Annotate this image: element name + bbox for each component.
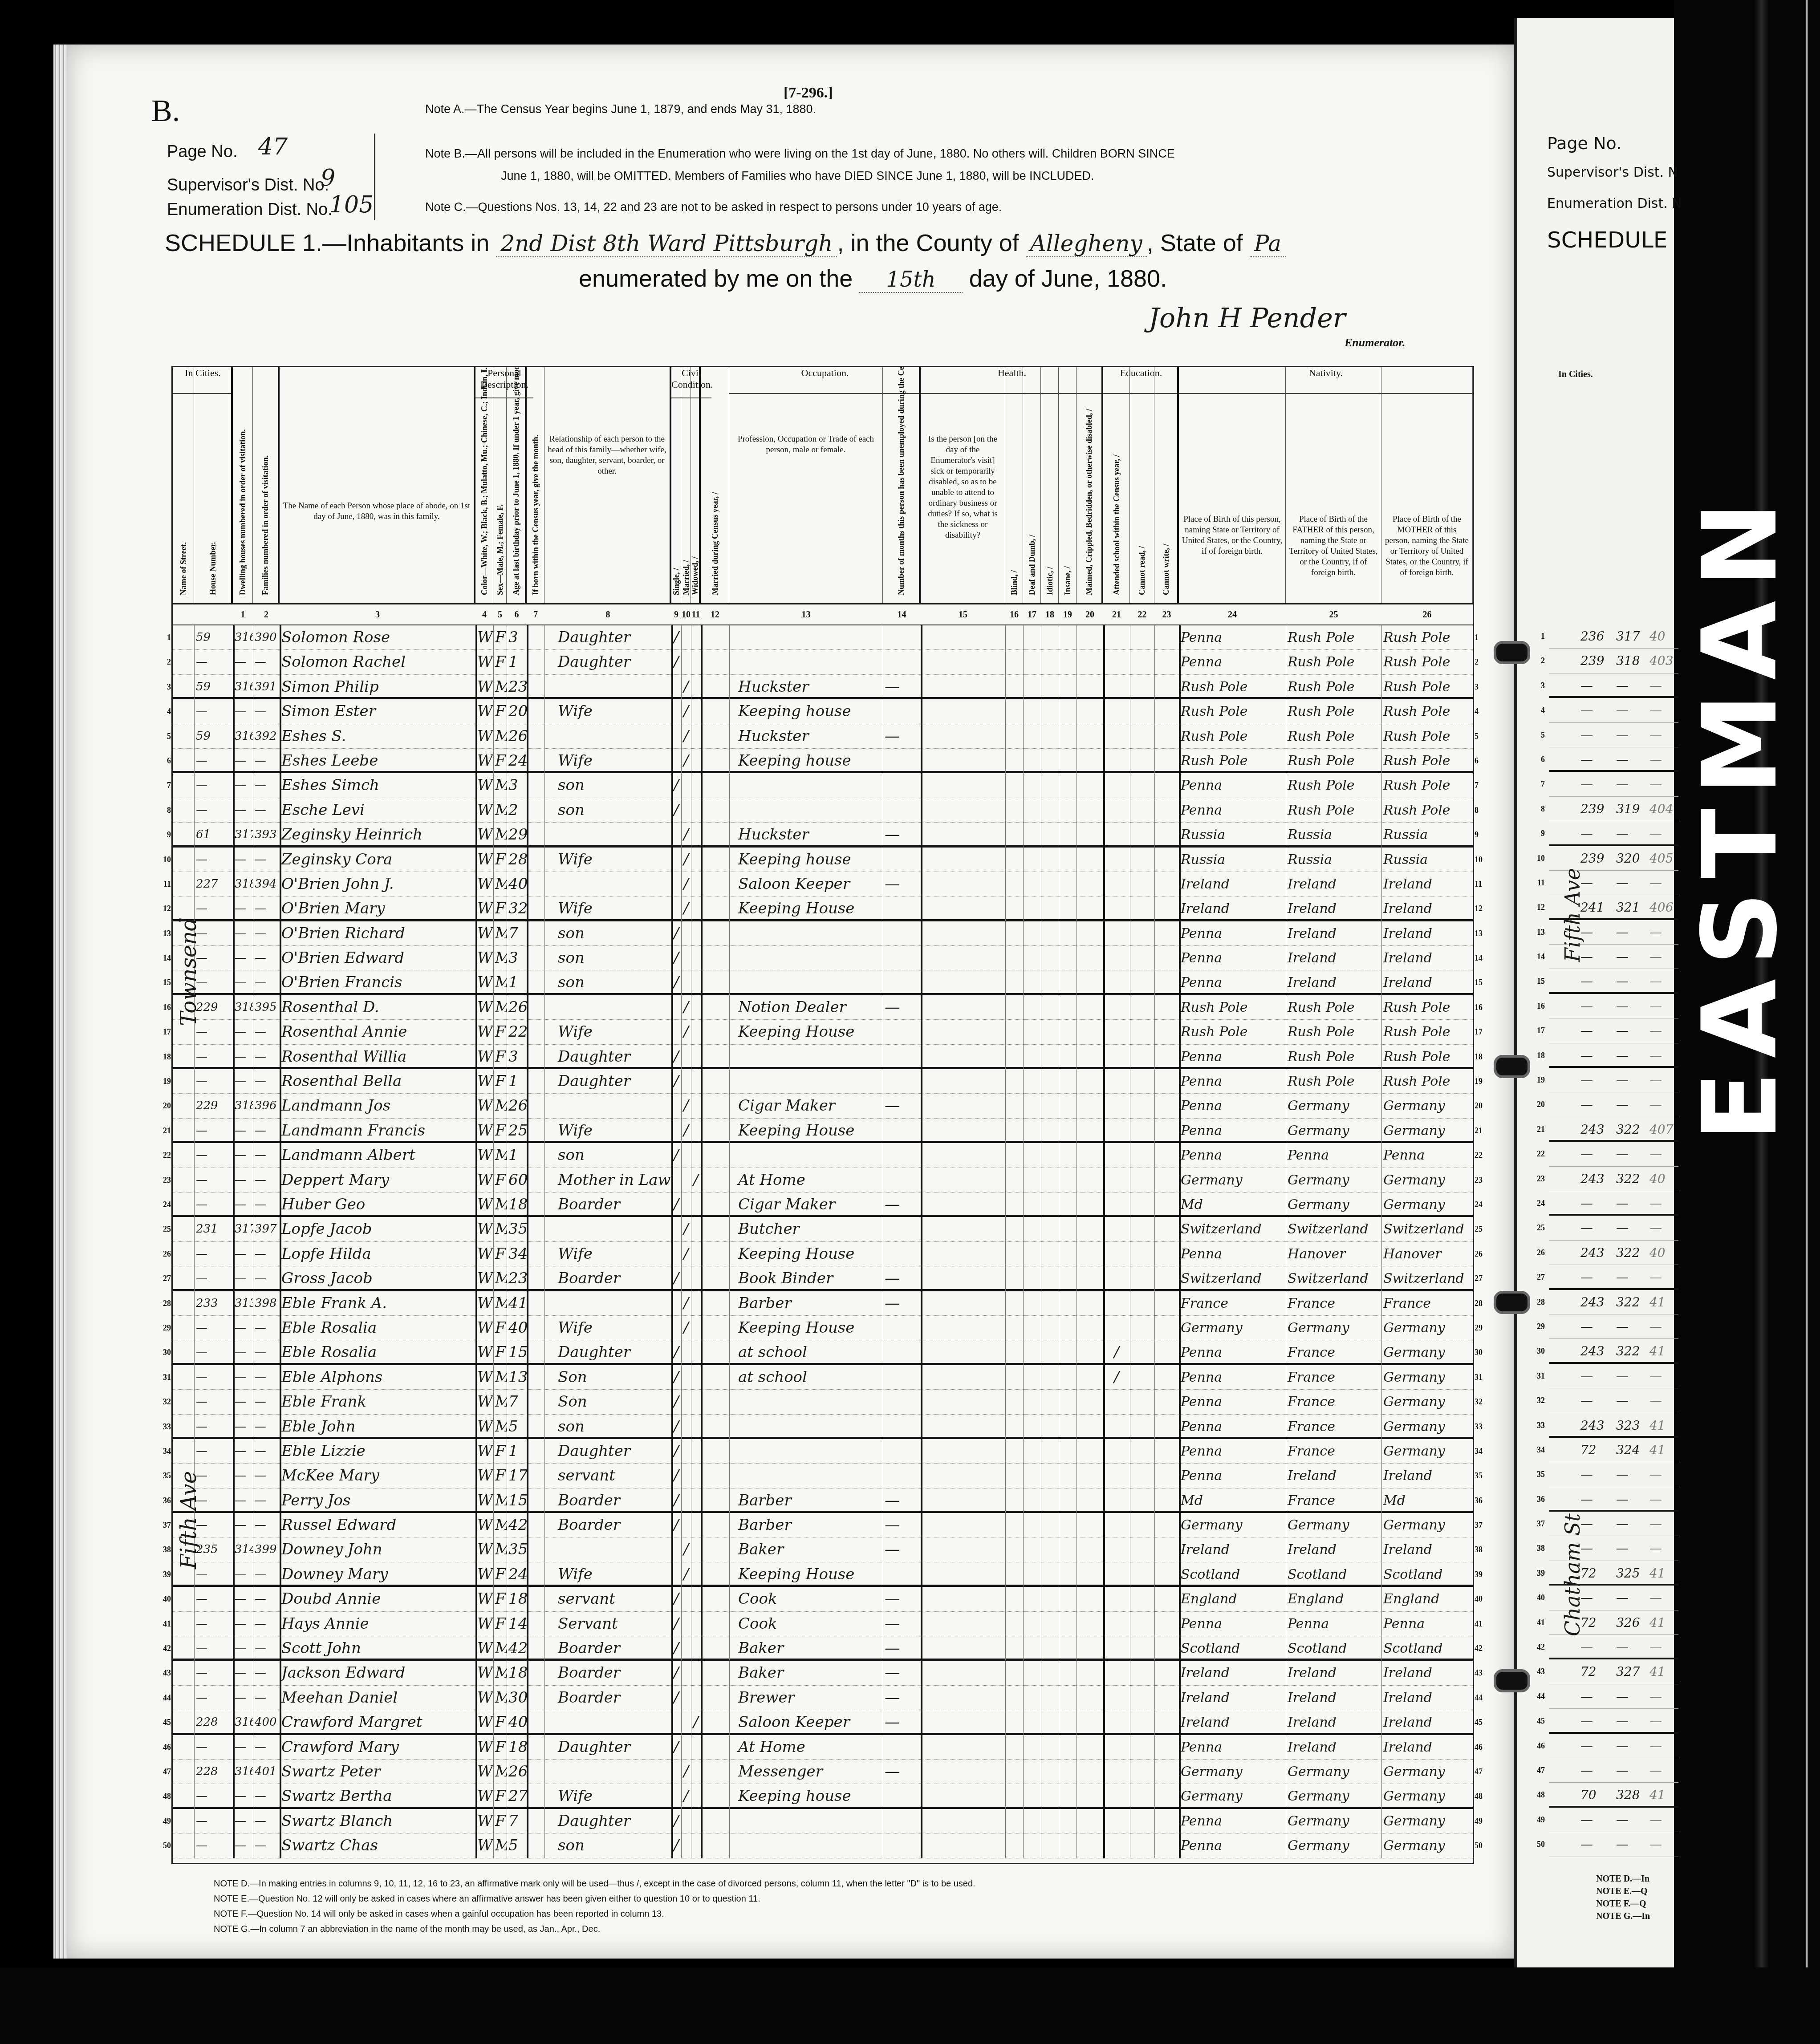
cell-name: Simon Philip (280, 675, 475, 697)
cell-house: 59 (194, 724, 233, 748)
row-number-right: 35 (1475, 1464, 1491, 1488)
cell-rel: son (544, 946, 671, 970)
adjacent-cell-fam: 41 (1649, 1413, 1676, 1438)
column-number: 19 (1059, 603, 1077, 625)
cell-house: — (194, 650, 233, 674)
adjacent-cell-house: — (1580, 1808, 1616, 1832)
cell-rel: Wife (544, 1242, 671, 1266)
cell-unemp (883, 1833, 921, 1857)
column-header-label: Families numbered in order of visitation… (261, 455, 270, 595)
cell-fam: 391 (253, 675, 280, 697)
cell-fam: — (253, 970, 280, 993)
adjacent-cell-dwell: — (1616, 1191, 1647, 1216)
adjacent-cell-n: 50 (1527, 1832, 1545, 1857)
adjacent-cell-dwell: 320 (1616, 846, 1647, 871)
adjacent-footnote: NOTE D.—In (1596, 1874, 1649, 1884)
adjacent-cell-dwell: — (1616, 673, 1647, 698)
column-divider (1154, 625, 1155, 1858)
cell-age: 40 (507, 1710, 527, 1732)
cell-house: 59 (194, 625, 233, 649)
row-number: 9 (155, 823, 171, 847)
adjacent-row: 36——— (1549, 1487, 1678, 1512)
row-number: 21 (155, 1119, 171, 1143)
cell-fpob: France (1286, 1390, 1381, 1414)
column-number: 20 (1077, 603, 1103, 625)
cell-dwell: — (233, 1833, 253, 1857)
cell-color: W (475, 1390, 493, 1414)
adjacent-cell-n: 9 (1527, 821, 1545, 846)
cell-age: 1 (507, 650, 527, 674)
cell-fpob: Germany (1286, 1833, 1381, 1857)
adjacent-cell-house: — (1580, 1314, 1616, 1339)
cell-rel: Boarder (544, 1192, 671, 1215)
adjacent-cell-house: — (1580, 1734, 1616, 1758)
cell-color: W (475, 970, 493, 993)
cell-rel: Boarder (544, 1686, 671, 1710)
adjacent-cell-fam: 41 (1649, 1610, 1676, 1635)
adjacent-cell-house: — (1580, 1758, 1616, 1783)
cell-fpob: France (1286, 1291, 1381, 1315)
column-number: 16 (1005, 603, 1023, 625)
cell-widowed (691, 1069, 701, 1093)
adjacent-cell-dwell: — (1616, 1734, 1647, 1758)
row-number-right: 23 (1475, 1168, 1491, 1192)
row-number: 48 (155, 1784, 171, 1809)
row-number: 35 (155, 1464, 171, 1488)
cell-dwell: — (233, 1661, 253, 1685)
cell-fpob: Germany (1286, 1809, 1381, 1833)
cell-unemp (883, 1069, 921, 1093)
column-header: Place of Birth of this person, naming St… (1179, 367, 1286, 603)
adjacent-cell-dwell: — (1616, 1586, 1647, 1610)
adjacent-cell-dwell: 318 (1616, 649, 1647, 673)
adjacent-cell-dwell: — (1616, 1388, 1647, 1413)
row-number: 15 (155, 970, 171, 995)
adjacent-cell-fam: — (1649, 1832, 1676, 1857)
cell-name: O'Brien Mary (280, 896, 475, 919)
column-header: If born within the Census year, give the… (527, 367, 544, 603)
cell-fpob: Germany (1286, 1513, 1381, 1537)
table-row: 5559316392Eshes S.WM26/Huckster—Rush Pol… (173, 724, 1473, 749)
column-divider (493, 625, 494, 1858)
adjacent-cell-house: — (1580, 1462, 1616, 1487)
cell-rel (544, 1760, 671, 1784)
adjacent-cell-n: 32 (1527, 1388, 1545, 1413)
cell-name: Eshes Simch (280, 773, 475, 797)
cell-name: Swartz Peter (280, 1760, 475, 1784)
cell-name: O'Brien John J. (280, 872, 475, 896)
cell-school (1103, 1291, 1130, 1315)
cell-rel: Daughter (544, 650, 671, 674)
cell-house: — (194, 1686, 233, 1710)
cell-fpob: Ireland (1286, 1686, 1381, 1710)
column-divider (1381, 625, 1382, 1858)
adjacent-cell-house: — (1580, 994, 1616, 1018)
adjacent-row: 49——— (1549, 1808, 1678, 1832)
row-number-right: 4 (1475, 699, 1491, 724)
cell-pob: Rush Pole (1179, 675, 1286, 697)
cell-married (681, 1661, 691, 1685)
adjacent-cell-fam: — (1649, 673, 1676, 698)
cell-color: W (475, 1266, 493, 1289)
cell-school (1103, 1587, 1130, 1611)
cell-color: W (475, 1537, 493, 1561)
cell-dwell: — (233, 1119, 253, 1141)
adjacent-row: 50——— (1549, 1832, 1678, 1857)
cell-pob: Penna (1179, 1119, 1286, 1141)
cell-color: W (475, 798, 493, 822)
cell-fpob: England (1286, 1587, 1381, 1611)
cell-school (1103, 798, 1130, 822)
row-number: 3 (155, 675, 171, 699)
adjacent-cell-dwell: — (1616, 1018, 1647, 1043)
cell-married (681, 1439, 691, 1463)
cell-widowed (691, 1513, 701, 1537)
cell-unemp (883, 970, 921, 993)
adjacent-street-annotation: Fifth Ave (1560, 868, 1584, 962)
cell-school (1103, 1020, 1130, 1044)
cell-color: W (475, 1562, 493, 1585)
cell-dwell: — (233, 848, 253, 872)
cell-house: — (194, 1735, 233, 1759)
cell-sex: F (493, 848, 507, 872)
cell-fpob: Rush Pole (1286, 675, 1381, 697)
row-number-right: 6 (1475, 749, 1491, 773)
adjacent-cell-fam: — (1649, 772, 1676, 796)
cell-color: W (475, 699, 493, 723)
cell-name: Eble Rosalia (280, 1340, 475, 1363)
cell-mpob: Ireland (1381, 1661, 1473, 1685)
cell-school (1103, 625, 1130, 649)
row-number-right: 17 (1475, 1020, 1491, 1044)
county-label: , in the County of (837, 230, 1019, 256)
cell-occ: At Home (729, 1168, 883, 1192)
cell-age: 5 (507, 1415, 527, 1437)
cell-married: / (681, 1316, 691, 1340)
table-row: 5050———Swartz ChasWM5son/PennaGermanyGer… (173, 1833, 1473, 1858)
cell-age: 3 (507, 625, 527, 649)
cell-dwell: — (233, 1316, 253, 1340)
adjacent-cell-house: — (1580, 1068, 1616, 1092)
column-number (194, 603, 233, 625)
table-row: 1919———Rosenthal BellaWF1Daughter/PennaR… (173, 1069, 1473, 1094)
adjacent-row: 24——— (1549, 1191, 1678, 1216)
cell-married: / (681, 724, 691, 748)
adjacent-cell-n: 27 (1527, 1265, 1545, 1290)
adjacent-row: 437232741 (1549, 1659, 1678, 1684)
cell-widowed (691, 823, 701, 845)
adjacent-row: 45——— (1549, 1709, 1678, 1733)
cell-rel: Wife (544, 699, 671, 723)
cell-rel (544, 823, 671, 845)
cell-fpob: Ireland (1286, 872, 1381, 896)
cell-widowed (691, 1809, 701, 1833)
row-number-right: 21 (1475, 1119, 1491, 1143)
cell-mpob: Rush Pole (1381, 650, 1473, 674)
cell-occ (729, 625, 883, 649)
adjacent-cell-dwell: — (1616, 1092, 1647, 1117)
cell-unemp (883, 1020, 921, 1044)
cell-rel: Wife (544, 749, 671, 771)
street-name-annotation: Fifth Ave (176, 1302, 201, 1569)
cell-rel: Wife (544, 1119, 671, 1141)
adjacent-cell-dwell: — (1616, 772, 1647, 796)
cell-sex: M (493, 995, 507, 1019)
cell-widowed (691, 946, 701, 970)
adjacent-row: 32——— (1549, 1388, 1678, 1413)
cell-occ: Cook (729, 1612, 883, 1636)
cell-fpob: Ireland (1286, 970, 1381, 993)
column-number: 1 (233, 603, 253, 625)
table-row: 1111227318394O'Brien John J.WM40/Saloon … (173, 872, 1473, 896)
note-b-cont: June 1, 1880, will be OMITTED. Members o… (501, 169, 1094, 183)
column-number: 13 (729, 603, 883, 625)
cell-occ: Book Binder (729, 1266, 883, 1289)
adjacent-cell-dwell: 324 (1616, 1438, 1647, 1462)
cell-fam: — (253, 1513, 280, 1537)
cell-dwell: — (233, 1439, 253, 1463)
cell-widowed (691, 1045, 701, 1067)
cell-unemp (883, 1316, 921, 1340)
adjacent-cell-n: 24 (1527, 1191, 1545, 1216)
adjacent-cell-fam: — (1649, 1462, 1676, 1487)
cell-name: Rosenthal Willia (280, 1045, 475, 1067)
cell-school: / (1103, 1365, 1130, 1389)
cell-dwell: — (233, 1809, 253, 1833)
cell-occ (729, 1439, 883, 1463)
row-number-right: 5 (1475, 724, 1491, 749)
adjacent-row: 29——— (1549, 1314, 1678, 1339)
cell-house: — (194, 1119, 233, 1141)
column-number: 18 (1041, 603, 1059, 625)
cell-name: Huber Geo (280, 1192, 475, 1215)
adjacent-cell-house: — (1580, 1536, 1616, 1561)
cell-fam: 400 (253, 1710, 280, 1732)
table-row: 77———Eshes SimchWM3son/PennaRush PoleRus… (173, 773, 1473, 798)
cell-color: W (475, 1020, 493, 1044)
cell-pob: Penna (1179, 970, 1286, 993)
cell-rel: servant (544, 1464, 671, 1488)
adjacent-cell-n: 14 (1527, 945, 1545, 969)
adjacent-cell-n: 23 (1527, 1167, 1545, 1191)
cell-rel: Mother in Law (544, 1168, 671, 1192)
cell-widowed (691, 1686, 701, 1710)
cell-age: 42 (507, 1636, 527, 1659)
cell-occ: Barber (729, 1291, 883, 1315)
column-header-label: Sex—Male, M.; Female, F. (495, 504, 504, 595)
cell-fam: — (253, 1784, 280, 1806)
county-value: Allegheny (1026, 231, 1147, 257)
cell-name: Swartz Blanch (280, 1809, 475, 1833)
cell-pob: Rush Pole (1179, 1020, 1286, 1044)
cell-occ (729, 1143, 883, 1167)
table-row: 3359316391Simon PhilipWM23/Huckster—Rush… (173, 675, 1473, 699)
row-number: 38 (155, 1537, 171, 1562)
adjacent-row: 8239319404 (1549, 797, 1678, 821)
adjacent-cell-fam: — (1649, 1487, 1676, 1512)
cell-color: W (475, 823, 493, 845)
cell-sex: M (493, 1266, 507, 1289)
column-number: 10 (681, 603, 691, 625)
cell-fpob: Germany (1286, 1094, 1381, 1118)
cell-widowed (691, 675, 701, 697)
cell-unemp (883, 1464, 921, 1488)
cell-fpob: Rush Pole (1286, 995, 1381, 1019)
column-number: 22 (1130, 603, 1154, 625)
table-row: 3535———McKee MaryWF17servant/PennaIrelan… (173, 1464, 1473, 1488)
adjacent-cell-house: — (1580, 821, 1616, 846)
adjacent-cell-n: 13 (1527, 920, 1545, 945)
table-row: 3030———Eble RosaliaWF15Daughter/at schoo… (173, 1340, 1473, 1365)
adjacent-cell-dwell: — (1616, 1314, 1647, 1339)
cell-age: 22 (507, 1020, 527, 1044)
adjacent-cell-n: 25 (1527, 1216, 1545, 1240)
cell-unemp (883, 798, 921, 822)
cell-fpob: Scotland (1286, 1562, 1381, 1585)
cell-widowed (691, 970, 701, 993)
row-number-right: 25 (1475, 1217, 1491, 1241)
cell-widowed (691, 1192, 701, 1215)
row-number: 18 (155, 1045, 171, 1069)
column-divider (280, 625, 281, 1858)
cell-fpob: Switzerland (1286, 1217, 1381, 1241)
cell-widowed (691, 1784, 701, 1806)
cell-dwell: — (233, 1735, 253, 1759)
adjacent-cell-house: — (1580, 1487, 1616, 1512)
adjacent-cell-dwell: 326 (1616, 1610, 1647, 1635)
column-divider (1059, 625, 1059, 1858)
table-row: 4343———Jackson EdwardWM18Boarder/Baker—I… (173, 1661, 1473, 1685)
cell-mpob: Germany (1381, 1833, 1473, 1857)
adjacent-row: 19——— (1549, 1068, 1678, 1092)
cell-color: W (475, 872, 493, 896)
column-divider (691, 625, 691, 1858)
cell-pob: Penna (1179, 1094, 1286, 1118)
adjacent-street-annotation: Chatham St (1560, 1513, 1584, 1636)
cell-color: W (475, 1488, 493, 1511)
adjacent-row: 5——— (1549, 723, 1678, 747)
table-row: 4444———Meehan DanielWM30Boarder/Brewer—I… (173, 1686, 1473, 1710)
cell-rel: son (544, 1415, 671, 1437)
adjacent-cell-fam: 405 (1649, 846, 1676, 871)
adjacent-cell-dwell: — (1616, 871, 1647, 895)
table-row: 3939———Downey MaryWF24Wife/Keeping House… (173, 1562, 1473, 1587)
cell-house: — (194, 1784, 233, 1806)
column-number: 23 (1154, 603, 1179, 625)
cell-fam: — (253, 848, 280, 872)
adjacent-cell-fam: — (1649, 1684, 1676, 1709)
cell-unemp: — (883, 1266, 921, 1289)
state-value: Pa (1250, 231, 1286, 257)
cell-age: 26 (507, 1094, 527, 1118)
column-header-label: Cannot write, / (1161, 544, 1170, 596)
adjacent-cell-house: — (1580, 1018, 1616, 1043)
cell-married: / (681, 848, 691, 872)
cell-fpob: Ireland (1286, 1710, 1381, 1732)
table-row: 2929———Eble RosaliaWF40Wife/Keeping Hous… (173, 1316, 1473, 1340)
cell-fam: — (253, 1562, 280, 1585)
cell-pob: Ireland (1179, 872, 1286, 896)
column-number: 2 (253, 603, 280, 625)
adjacent-cell-fam: 404 (1649, 797, 1676, 821)
cell-pob: Ireland (1179, 1686, 1286, 1710)
cell-sex: F (493, 1612, 507, 1636)
cell-unemp (883, 1365, 921, 1389)
cell-rel: Son (544, 1390, 671, 1414)
column-header-label: Name of Street. (179, 542, 188, 595)
table-row: 4242———Scott JohnWM42Boarder/Baker—Scotl… (173, 1636, 1473, 1661)
cell-occ: Huckster (729, 724, 883, 748)
page-no-value: 47 (258, 134, 288, 160)
cell-widowed (691, 773, 701, 797)
adjacent-cell-house: — (1580, 1586, 1616, 1610)
cell-married (681, 1365, 691, 1389)
cell-dwell: — (233, 1612, 253, 1636)
column-number: 7 (527, 603, 544, 625)
cell-dwell: 316 (233, 1710, 253, 1732)
cell-sex: M (493, 1390, 507, 1414)
cell-fpob: Ireland (1286, 946, 1381, 970)
row-number: 1 (155, 625, 171, 650)
cell-married (681, 1809, 691, 1833)
adjacent-cell-fam: 41 (1649, 1438, 1676, 1462)
adjacent-cell-dwell: — (1616, 1216, 1647, 1240)
cell-sex: M (493, 1537, 507, 1561)
street-name-annotation: Townsend (176, 795, 201, 1026)
adjacent-cell-dwell: — (1616, 747, 1647, 772)
column-divider (671, 625, 673, 1858)
film-border (0, 1967, 1820, 2044)
cell-sex: M (493, 1833, 507, 1857)
column-divider (681, 625, 682, 1858)
cell-married (681, 946, 691, 970)
column-header: Relationship of each person to the head … (544, 367, 671, 603)
cell-fpob: Rush Pole (1286, 699, 1381, 723)
column-header-label: Dwelling houses numbered in order of vis… (238, 429, 248, 595)
row-number-right: 49 (1475, 1809, 1491, 1833)
cell-color: W (475, 1365, 493, 1389)
cell-married: / (681, 699, 691, 723)
row-number-right: 48 (1475, 1784, 1491, 1809)
cell-fam: — (253, 1661, 280, 1685)
cell-color: W (475, 1661, 493, 1685)
cell-fam: 401 (253, 1760, 280, 1784)
row-number: 27 (155, 1266, 171, 1291)
cell-rel: Wife (544, 1316, 671, 1340)
cell-widowed (691, 1094, 701, 1118)
adjacent-cell-house: 239 (1580, 649, 1616, 673)
cell-widowed (691, 1365, 701, 1389)
adjacent-cell-n: 19 (1527, 1068, 1545, 1092)
adjacent-cell-dwell: — (1616, 1832, 1647, 1857)
cell-color: W (475, 1415, 493, 1437)
row-number: 49 (155, 1809, 171, 1833)
cell-widowed (691, 798, 701, 822)
cell-name: Esche Levi (280, 798, 475, 822)
adjacent-cell-fam: — (1649, 1043, 1676, 1068)
cell-name: O'Brien Francis (280, 970, 475, 993)
cell-married (681, 1143, 691, 1167)
cell-color: W (475, 1291, 493, 1315)
adjacent-row: 22——— (1549, 1142, 1678, 1166)
cell-fam: — (253, 1192, 280, 1215)
cell-widowed: / (691, 1710, 701, 1732)
cell-fam: — (253, 749, 280, 771)
cell-dwell: — (233, 1488, 253, 1511)
cell-unemp: — (883, 1612, 921, 1636)
binder-ring (1494, 1055, 1530, 1078)
adjacent-cell-fam: — (1649, 1758, 1676, 1783)
